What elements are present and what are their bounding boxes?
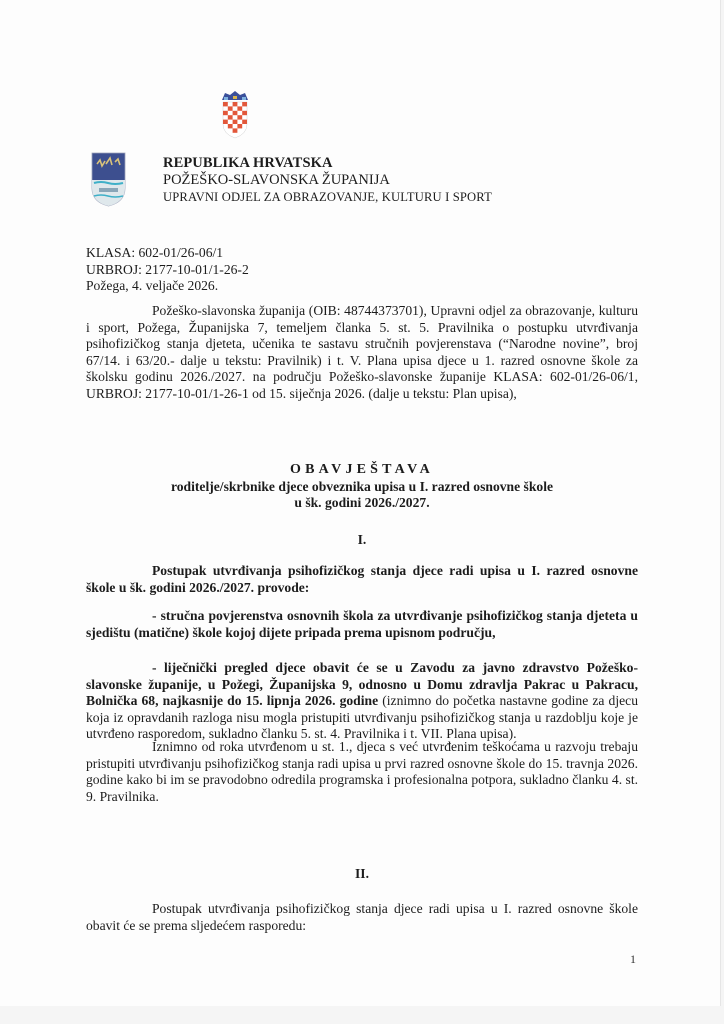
section-1-bullet-1: - stručna povjerenstva osnovnih škola za… bbox=[86, 608, 638, 641]
klasa-number: KLASA: 602-01/26-06/1 bbox=[86, 245, 249, 262]
notice-school-year: u šk. godini 2026./2027. bbox=[86, 495, 638, 512]
page-number: 1 bbox=[630, 952, 636, 967]
section-number-2: II. bbox=[86, 866, 638, 882]
document-page: REPUBLIKA HRVATSKA POŽEŠKO-SLAVONSKA ŽUP… bbox=[0, 0, 721, 1006]
notice-title: OBAVJEŠTAVA bbox=[86, 462, 638, 479]
notice-title-block: OBAVJEŠTAVA roditelje/skrbnike djece obv… bbox=[86, 462, 638, 512]
section-1-exception: Iznimno od roka utvrđenom u st. 1., djec… bbox=[86, 739, 638, 805]
letterhead: REPUBLIKA HRVATSKA POŽEŠKO-SLAVONSKA ŽUP… bbox=[163, 155, 492, 206]
country-name: REPUBLIKA HRVATSKA bbox=[163, 155, 492, 172]
county-name: POŽEŠKO-SLAVONSKA ŽUPANIJA bbox=[163, 172, 492, 189]
county-coat-of-arms-icon bbox=[91, 152, 126, 207]
croatian-coat-of-arms-icon bbox=[221, 90, 249, 140]
urbroj-number: URBROJ: 2177-10-01/1-26-2 bbox=[86, 262, 249, 279]
section-1-lead: Postupak utvrđivanja psihofizičkog stanj… bbox=[86, 563, 638, 596]
intro-paragraph: Požeško-slavonska županija (OIB: 4874437… bbox=[86, 303, 638, 403]
section-2-lead: Postupak utvrđivanja psihofizičkog stanj… bbox=[86, 901, 638, 934]
place-and-date: Požega, 4. veljače 2026. bbox=[86, 278, 249, 295]
department-name: UPRAVNI ODJEL ZA OBRAZOVANJE, KULTURU I … bbox=[163, 189, 492, 206]
notice-subtitle: roditelje/skrbnike djece obveznika upisa… bbox=[86, 479, 638, 496]
section-1-bullet-2: - liječnički pregled djece obavit će se … bbox=[86, 660, 638, 743]
section-number-1: I. bbox=[86, 532, 638, 548]
reference-block: KLASA: 602-01/26-06/1 URBROJ: 2177-10-01… bbox=[86, 245, 249, 295]
